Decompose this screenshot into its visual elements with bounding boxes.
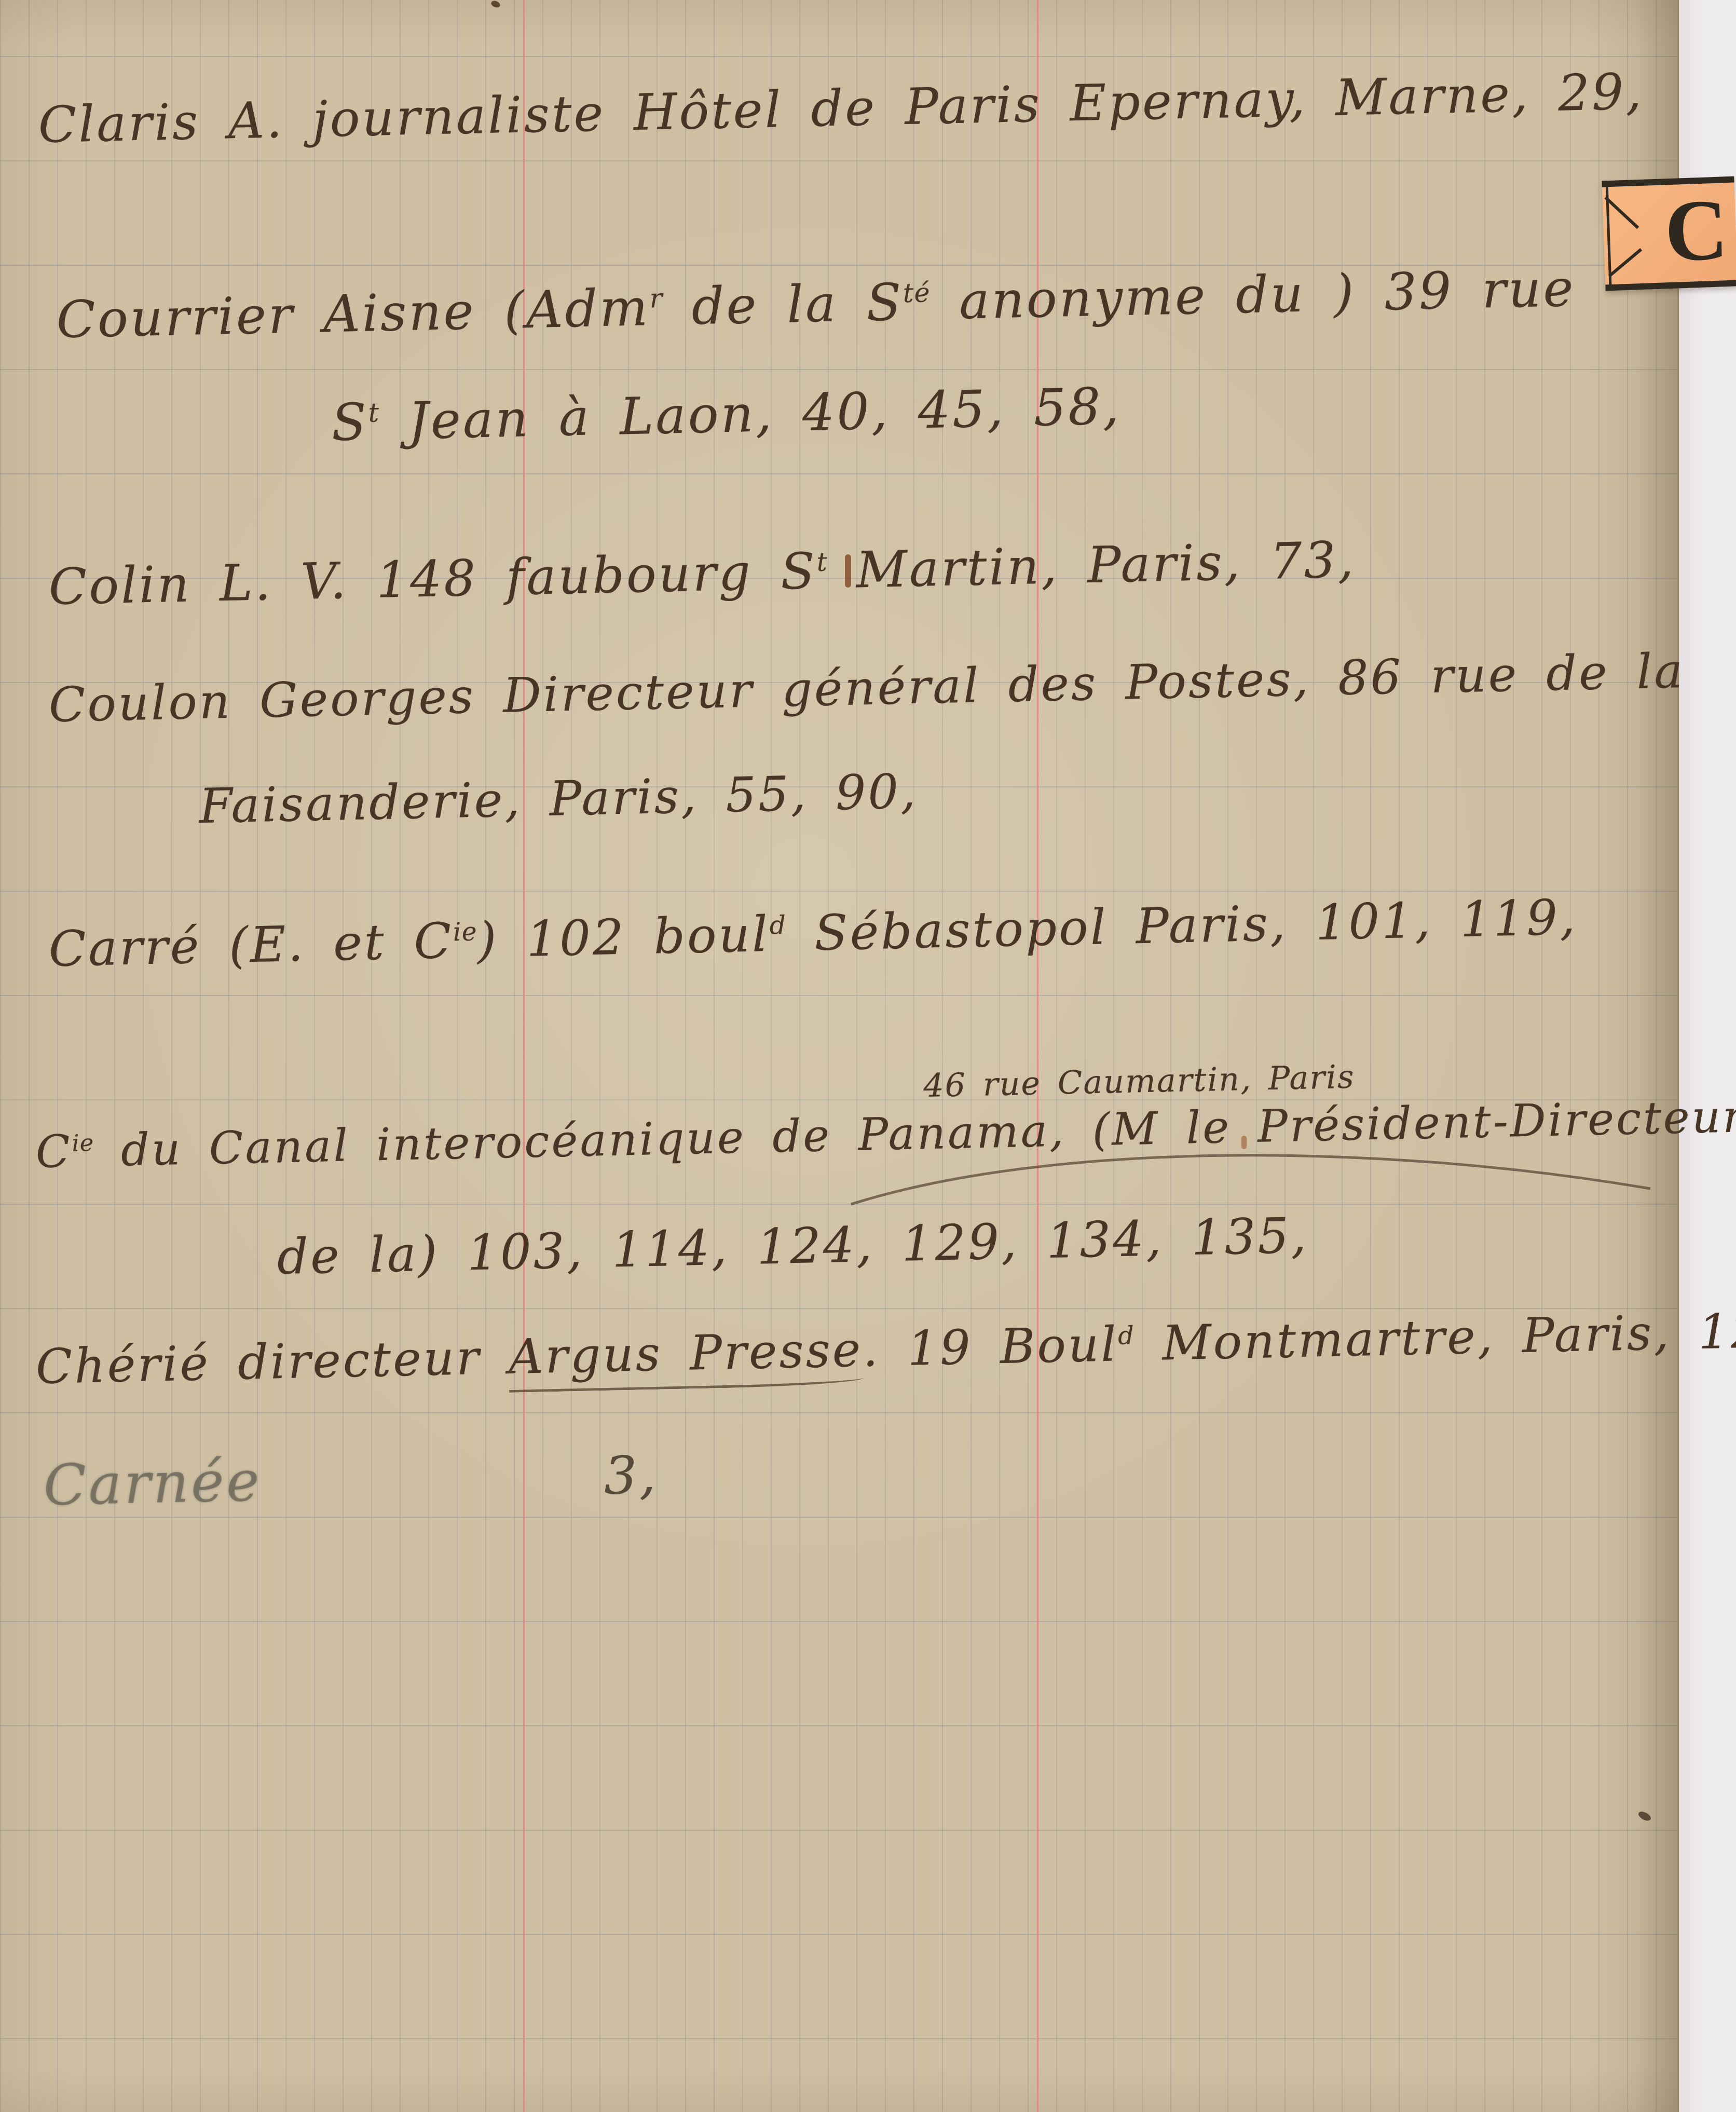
tab-top-diagonal-cut	[1604, 196, 1639, 229]
superscript: d	[769, 910, 786, 941]
entry-text: Carré (E. et C	[48, 913, 454, 978]
underlined-agency-name: Argus Presse	[508, 1322, 864, 1393]
entry-text: S	[331, 393, 370, 453]
entry-text: Courrier Aisne (Adm	[56, 278, 651, 350]
ledger-entry-carnee-number: 3,	[604, 1445, 659, 1506]
alphabet-index-tab: C	[1602, 176, 1736, 291]
scanned-ledger-page: Claris A. journaliste Hôtel de Paris Epe…	[0, 0, 1736, 2112]
page-edge-shadow	[1635, 0, 1677, 2112]
scan-background-strip	[1677, 0, 1736, 2112]
superscript: té	[903, 278, 931, 309]
superscript: ie	[453, 917, 477, 947]
ink-blot-colin-line	[845, 554, 851, 588]
superscript: t	[816, 547, 828, 577]
ledger-entry-carnee-name: Carnée	[43, 1449, 262, 1518]
entry-text: C	[35, 1126, 73, 1178]
entry-text: Chérié directeur	[35, 1329, 509, 1395]
entry-text: Martin, Paris, 73,	[827, 530, 1356, 599]
entry-text: ) 102 boul	[477, 906, 770, 969]
fiber-speck-mid	[1241, 1136, 1247, 1149]
entry-text: . 19 Boul	[862, 1316, 1119, 1377]
superscript: r	[649, 283, 663, 315]
superscript: ie	[72, 1129, 94, 1157]
superscript: d	[1118, 1321, 1135, 1351]
tab-letter-c: C	[1663, 181, 1730, 280]
superscript: t	[368, 398, 380, 428]
tab-bottom-diagonal-cut	[1608, 248, 1642, 277]
entry-text: de la S	[662, 273, 904, 337]
